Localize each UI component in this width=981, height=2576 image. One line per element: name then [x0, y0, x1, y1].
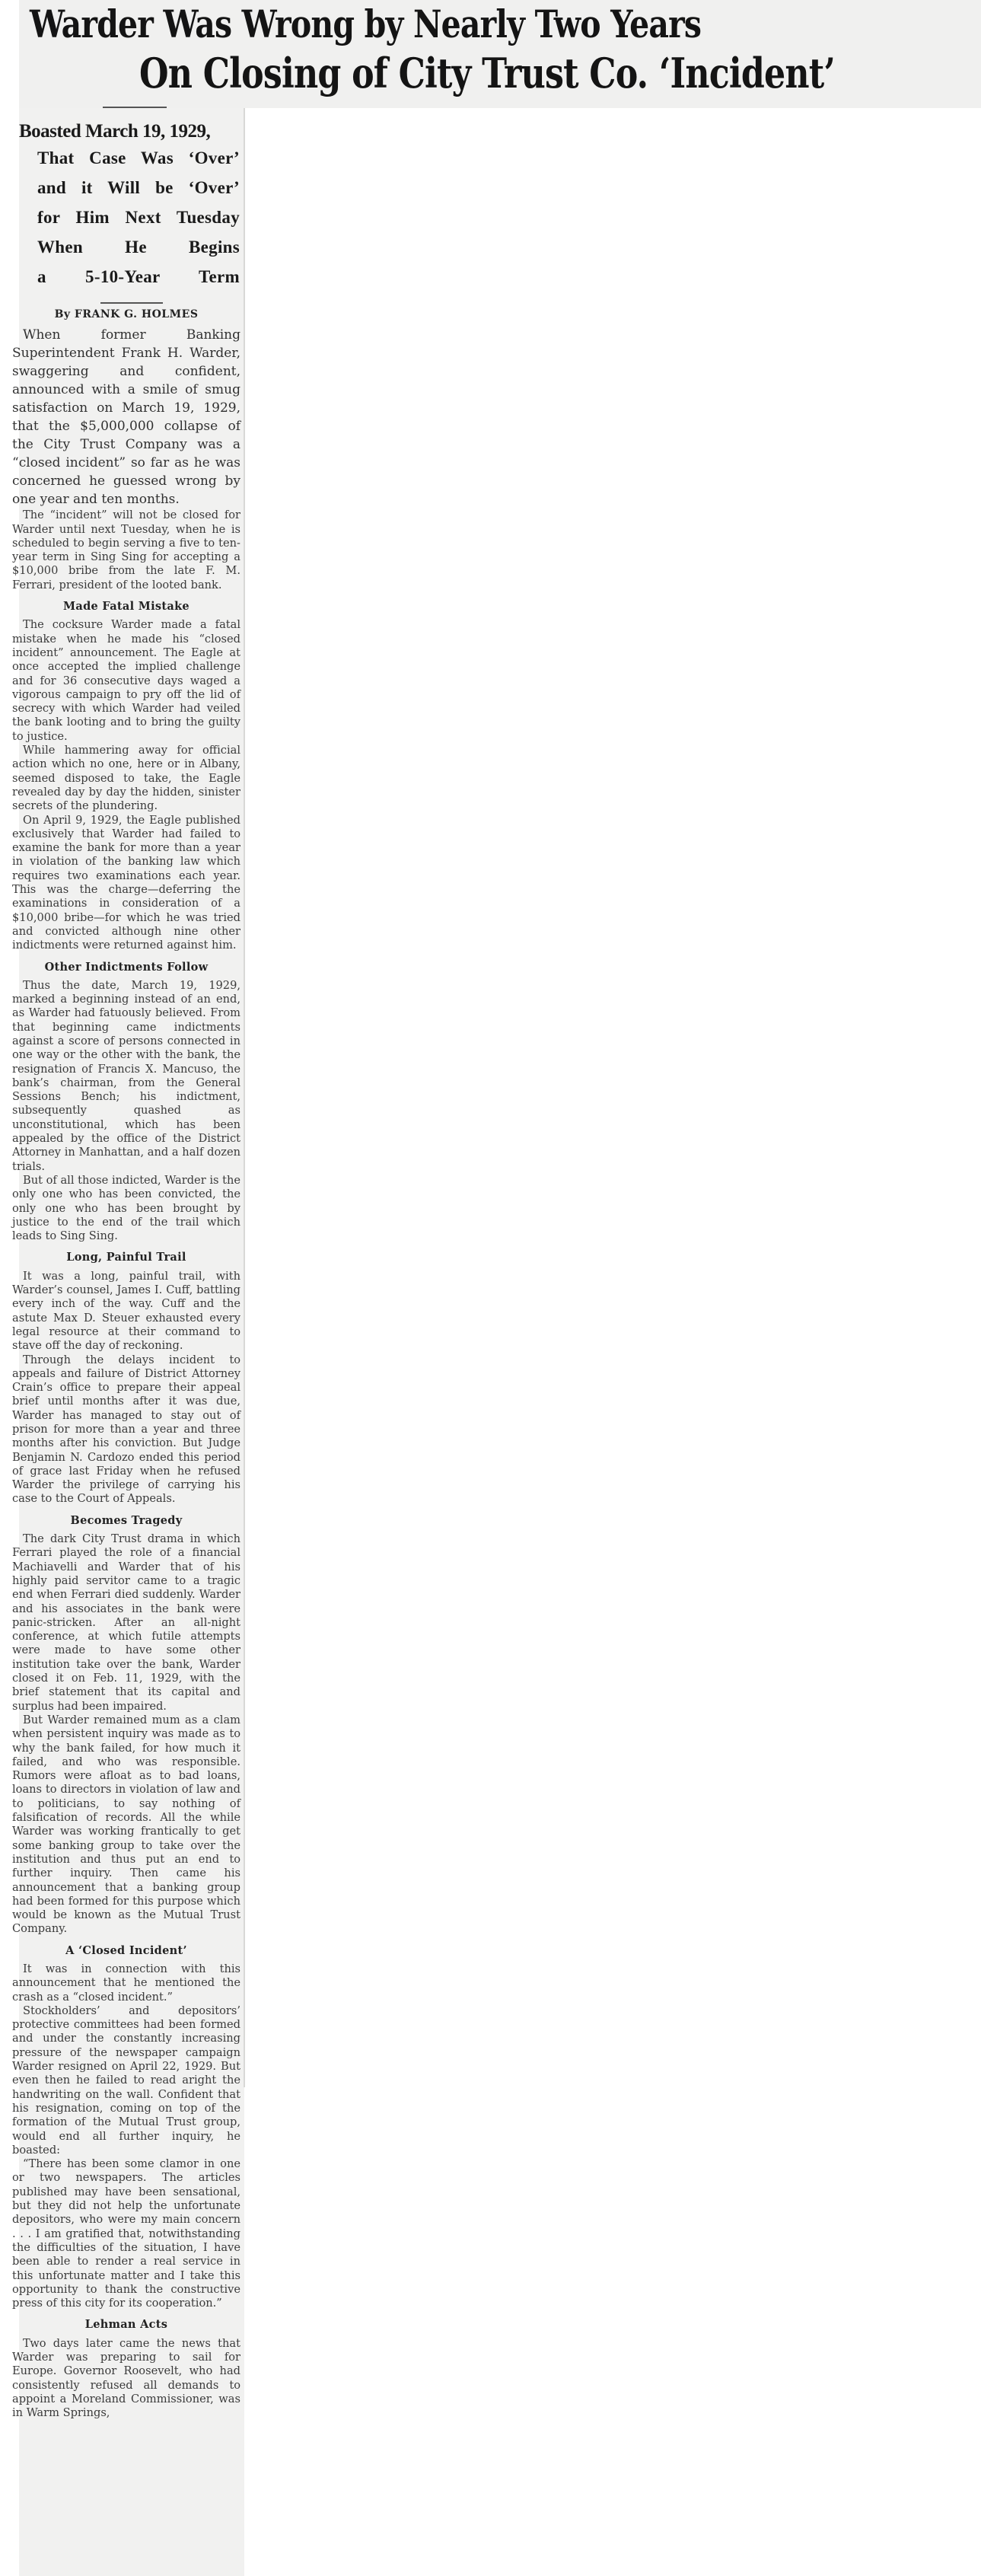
paragraph: On April 9, 1929, the Eagle published ex… [12, 814, 240, 953]
paragraph: But of all those indicted, Warder is the… [12, 1174, 240, 1243]
article-body: By FRANK G. HOLMES When former Banking S… [12, 306, 240, 2420]
headline-line-1: Warder Was Wrong by Nearly Two Years [30, 2, 701, 46]
headline-line-2: On Closing of City Trust Co. ‘Incident’ [139, 49, 835, 97]
deck-line: That Case Was ‘Over’ [19, 143, 240, 173]
column-edge-divider [244, 108, 245, 2087]
paragraph: Thus the date, March 19, 1929, marked a … [12, 979, 240, 1174]
subheadline-deck: Boasted March 19, 1929, That Case Was ‘O… [19, 120, 240, 292]
paragraph: The “incident” will not be closed for Wa… [12, 509, 240, 592]
paragraph: Two days later came the news that Warder… [12, 2337, 240, 2421]
deck-line: a 5-10-Year Term [19, 262, 240, 292]
paragraph: It was a long, painful trail, with Warde… [12, 1270, 240, 1353]
paragraph: “There has been some clamor in one or tw… [12, 2157, 240, 2310]
byline: By FRANK G. HOLMES [12, 308, 240, 321]
section-subhead: Made Fatal Mistake [12, 600, 240, 614]
lead-paragraph: When former Banking Superintendent Frank… [12, 326, 240, 509]
section-subhead: A ‘Closed Incident’ [12, 1944, 240, 1958]
headline-clipping: Warder Was Wrong by Nearly Two Years On … [19, 0, 981, 108]
deck-divider [100, 302, 163, 304]
deck-line: for Him Next Tuesday [19, 202, 240, 232]
section-subhead: Other Indictments Follow [12, 961, 240, 974]
paragraph: It was in connection with this announcem… [12, 1962, 240, 2004]
deck-line: Boasted March 19, 1929, [19, 120, 240, 143]
section-subhead: Long, Painful Trail [12, 1251, 240, 1264]
paragraph: Through the delays incident to appeals a… [12, 1353, 240, 1506]
paragraph: But Warder remained mum as a clam when p… [12, 1714, 240, 1937]
deck-line: When He Begins [19, 232, 240, 262]
paragraph: The dark City Trust drama in which Ferra… [12, 1532, 240, 1714]
paragraph: The cocksure Warder made a fatal mistake… [12, 618, 240, 744]
deck-line: and it Will be ‘Over’ [19, 173, 240, 202]
paragraph: While hammering away for official action… [12, 744, 240, 813]
section-subhead: Becomes Tragedy [12, 1514, 240, 1528]
paragraph: Stockholders’ and depositors’ protective… [12, 2004, 240, 2157]
section-subhead: Lehman Acts [12, 2318, 240, 2332]
